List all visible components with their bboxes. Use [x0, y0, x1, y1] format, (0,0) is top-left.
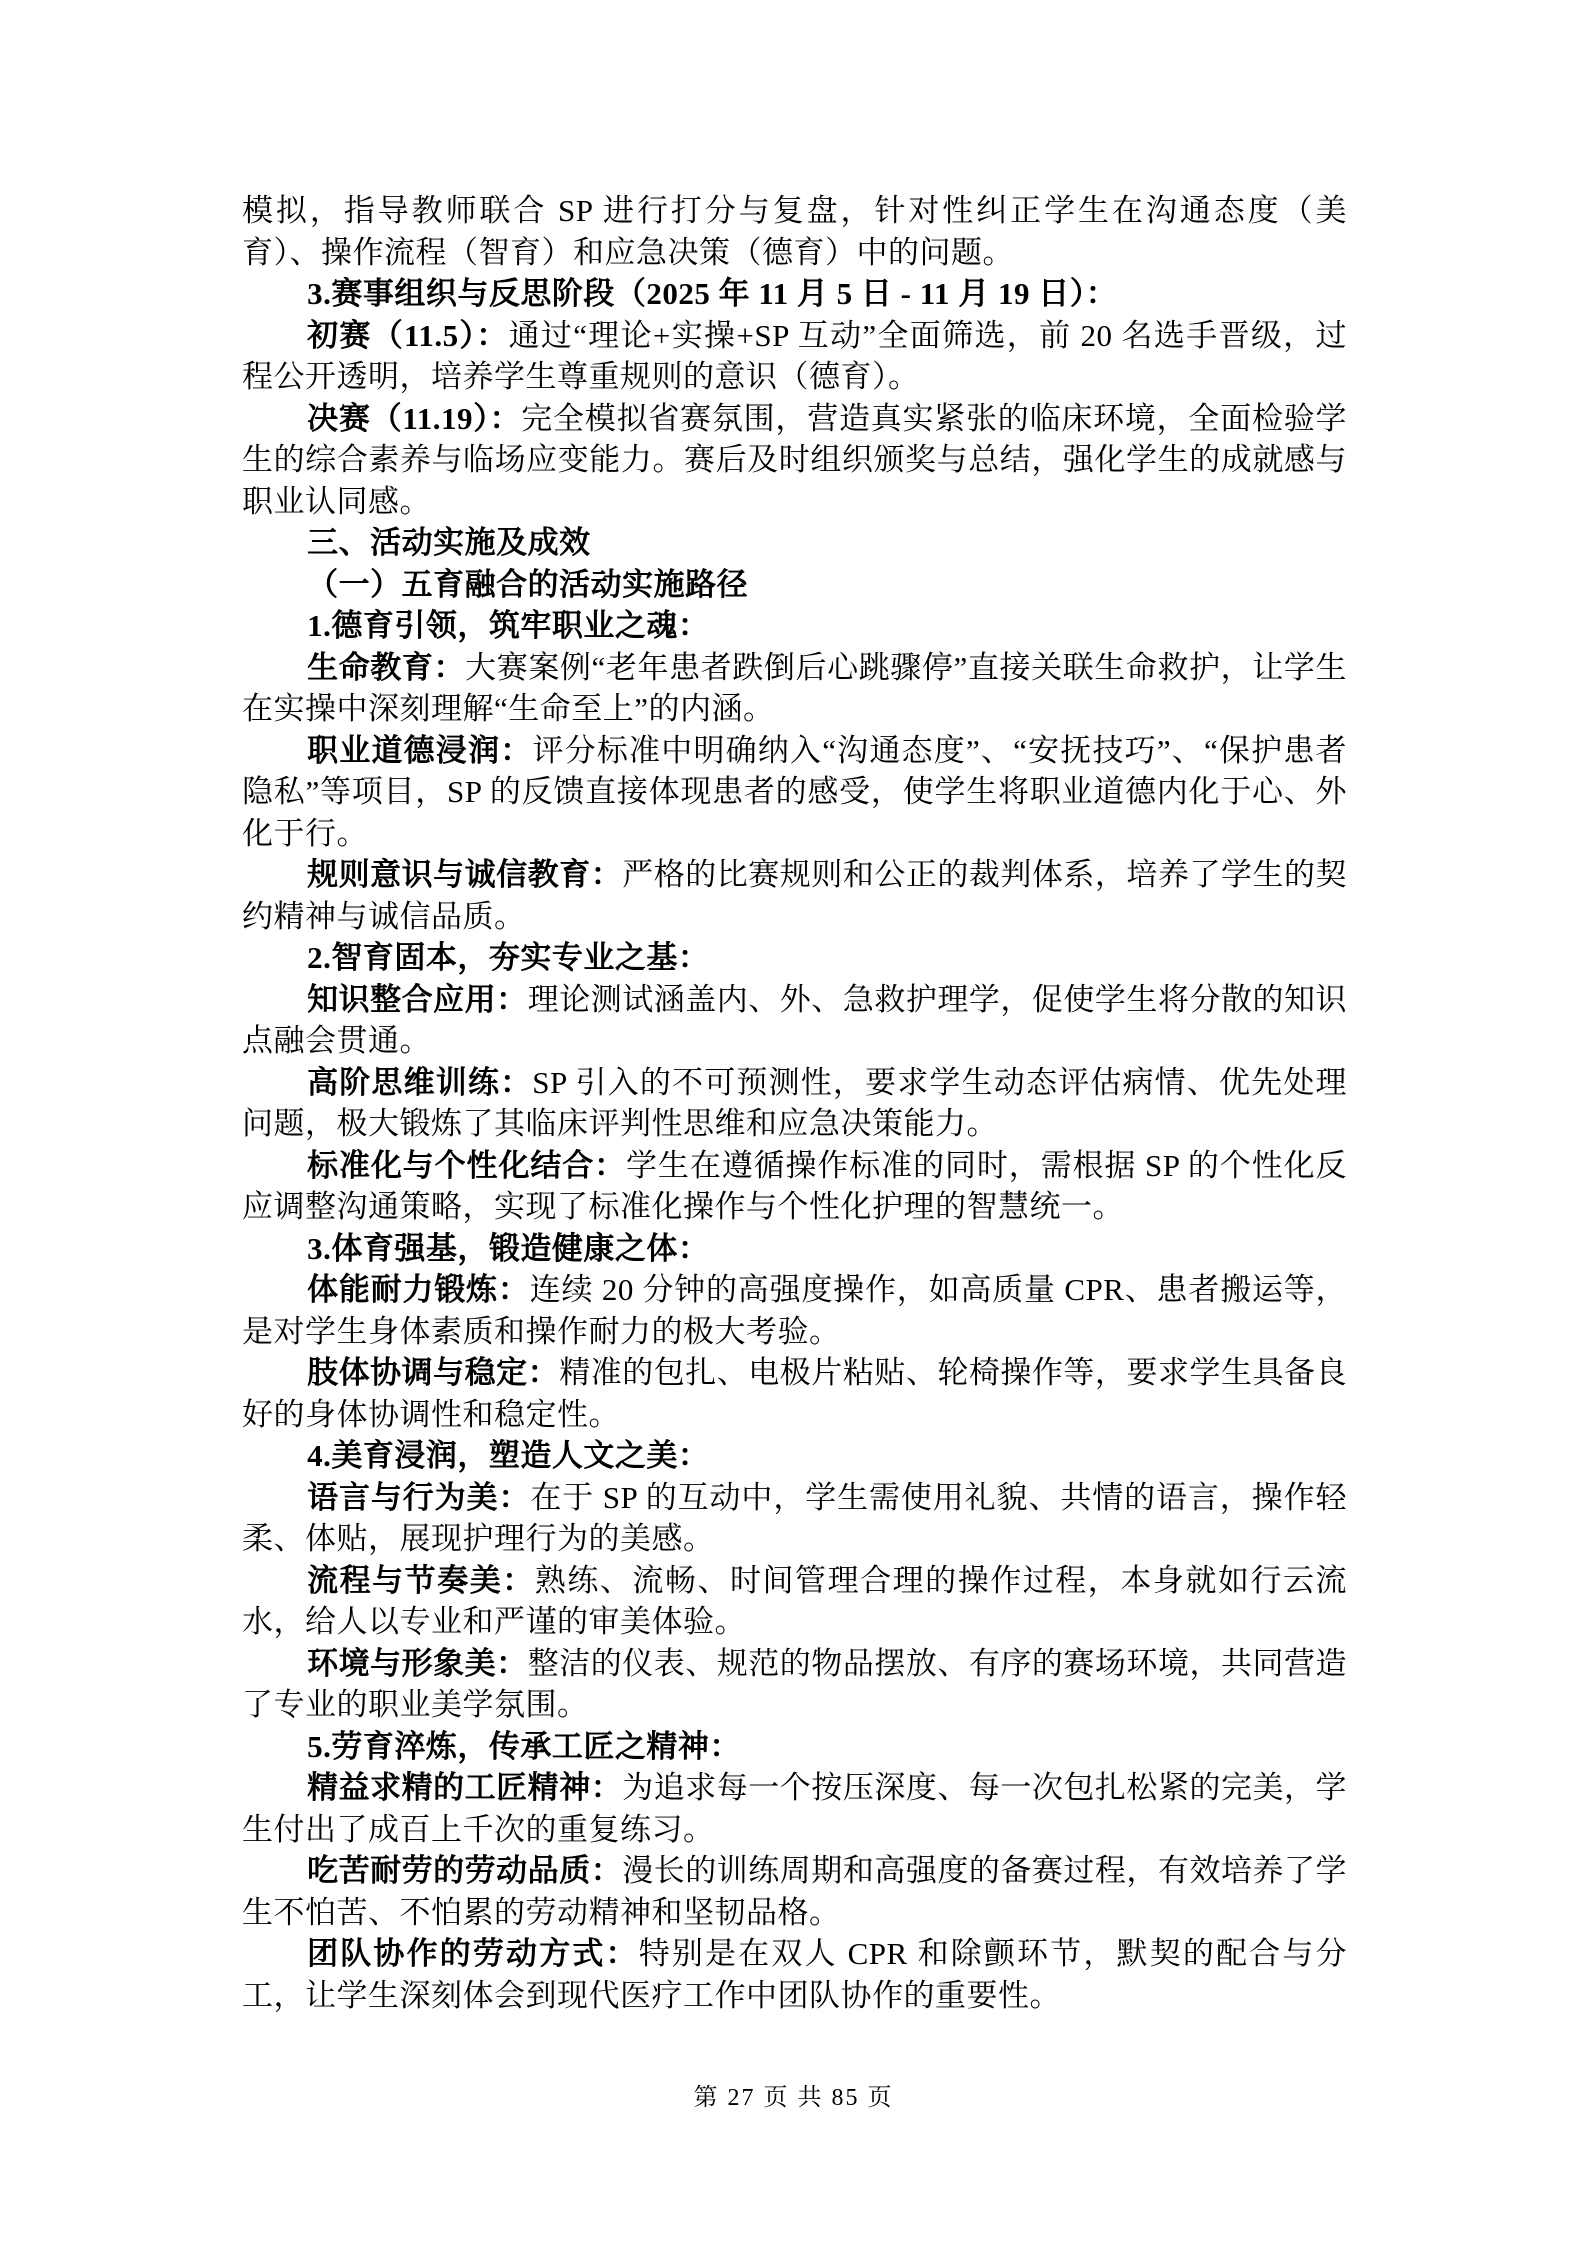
paragraph-label: 肢体协调与稳定：	[307, 1355, 559, 1390]
paragraph: 标准化与个性化结合：学生在遵循操作标准的同时，需根据 SP 的个性化反应调整沟通…	[242, 1145, 1347, 1228]
paragraph-label: 初赛（11.5）：	[307, 318, 508, 353]
paragraph: 规则意识与诚信教育：严格的比赛规则和公正的裁判体系，培养了学生的契约精神与诚信品…	[242, 854, 1347, 937]
paragraph-label: 4.美育浸润，塑造人文之美：	[307, 1438, 709, 1473]
paragraph: 流程与节奏美：熟练、流畅、时间管理合理的操作过程，本身就如行云流水，给人以专业和…	[242, 1560, 1347, 1643]
paragraph-label: 2.智育固本，夯实专业之基：	[307, 940, 709, 975]
document-page: 模拟，指导教师联合 SP 进行打分与复盘，针对性纠正学生在沟通态度（美育）、操作…	[0, 0, 1587, 2245]
paragraph-label: 标准化与个性化结合：	[307, 1148, 626, 1183]
paragraph-label: 环境与形象美：	[307, 1646, 528, 1681]
paragraph-label: 体能耐力锻炼：	[307, 1272, 530, 1307]
paragraph-label: 3.体育强基，锻造健康之体：	[307, 1231, 709, 1266]
paragraph: 5.劳育淬炼，传承工匠之精神：	[242, 1726, 1347, 1768]
paragraph-label: 高阶思维训练：	[307, 1065, 532, 1100]
paragraph: 生命教育：大赛案例“老年患者跌倒后心跳骤停”直接关联生命救护，让学生在实操中深刻…	[242, 647, 1347, 730]
page-number-footer: 第 27 页 共 85 页	[0, 2082, 1587, 2114]
paragraph: 3.体育强基，锻造健康之体：	[242, 1228, 1347, 1270]
paragraph: 三、活动实施及成效	[242, 522, 1347, 564]
paragraph-label: 5.劳育淬炼，传承工匠之精神：	[307, 1729, 741, 1764]
paragraph: 决赛（11.19）：完全模拟省赛氛围，营造真实紧张的临床环境，全面检验学生的综合…	[242, 398, 1347, 523]
paragraph-label: （一）五育融合的活动实施路径	[307, 567, 748, 602]
paragraph: 语言与行为美：在于 SP 的互动中，学生需使用礼貌、共情的语言，操作轻柔、体贴，…	[242, 1477, 1347, 1560]
paragraph: 职业道德浸润：评分标准中明确纳入“沟通态度”、“安抚技巧”、“保护患者隐私”等项…	[242, 730, 1347, 855]
paragraph: 初赛（11.5）：通过“理论+实操+SP 互动”全面筛选，前 20 名选手晋级，…	[242, 315, 1347, 398]
paragraph: 团队协作的劳动方式：特别是在双人 CPR 和除颤环节，默契的配合与分工，让学生深…	[242, 1933, 1347, 2016]
paragraph-label: 知识整合应用：	[307, 982, 528, 1017]
paragraph-label: 三、活动实施及成效	[307, 525, 591, 560]
paragraph-label: 3.赛事组织与反思阶段（2025 年 11 月 5 日 - 11 月 19 日）…	[307, 276, 1117, 311]
paragraph-label: 精益求精的工匠精神：	[307, 1770, 622, 1805]
paragraph-label: 1.德育引领，筑牢职业之魂：	[307, 608, 709, 643]
paragraph-label: 生命教育：	[307, 650, 465, 685]
paragraph: 模拟，指导教师联合 SP 进行打分与复盘，针对性纠正学生在沟通态度（美育）、操作…	[242, 190, 1347, 273]
paragraph: 高阶思维训练：SP 引入的不可预测性，要求学生动态评估病情、优先处理问题，极大锻…	[242, 1062, 1347, 1145]
document-body: 模拟，指导教师联合 SP 进行打分与复盘，针对性纠正学生在沟通态度（美育）、操作…	[242, 190, 1347, 2016]
paragraph: 1.德育引领，筑牢职业之魂：	[242, 605, 1347, 647]
paragraph-label: 流程与节奏美：	[307, 1563, 535, 1598]
paragraph-label: 团队协作的劳动方式：	[307, 1936, 639, 1971]
paragraph: 4.美育浸润，塑造人文之美：	[242, 1435, 1347, 1477]
paragraph-label: 吃苦耐劳的劳动品质：	[307, 1853, 622, 1888]
paragraph-label: 决赛（11.19）：	[307, 401, 521, 436]
paragraph-text: 模拟，指导教师联合 SP 进行打分与复盘，针对性纠正学生在沟通态度（美育）、操作…	[242, 193, 1347, 270]
paragraph: 吃苦耐劳的劳动品质：漫长的训练周期和高强度的备赛过程，有效培养了学生不怕苦、不怕…	[242, 1850, 1347, 1933]
paragraph: 肢体协调与稳定：精准的包扎、电极片粘贴、轮椅操作等，要求学生具备良好的身体协调性…	[242, 1352, 1347, 1435]
paragraph: 精益求精的工匠精神：为追求每一个按压深度、每一次包扎松紧的完美，学生付出了成百上…	[242, 1767, 1347, 1850]
paragraph-label: 语言与行为美：	[307, 1480, 530, 1515]
paragraph: 知识整合应用：理论测试涵盖内、外、急救护理学，促使学生将分散的知识点融会贯通。	[242, 979, 1347, 1062]
paragraph-label: 规则意识与诚信教育：	[307, 857, 622, 892]
paragraph-label: 职业道德浸润：	[307, 733, 532, 768]
paragraph: （一）五育融合的活动实施路径	[242, 564, 1347, 606]
paragraph: 体能耐力锻炼：连续 20 分钟的高强度操作，如高质量 CPR、患者搬运等，是对学…	[242, 1269, 1347, 1352]
paragraph: 3.赛事组织与反思阶段（2025 年 11 月 5 日 - 11 月 19 日）…	[242, 273, 1347, 315]
paragraph: 环境与形象美：整洁的仪表、规范的物品摆放、有序的赛场环境，共同营造了专业的职业美…	[242, 1643, 1347, 1726]
paragraph: 2.智育固本，夯实专业之基：	[242, 937, 1347, 979]
